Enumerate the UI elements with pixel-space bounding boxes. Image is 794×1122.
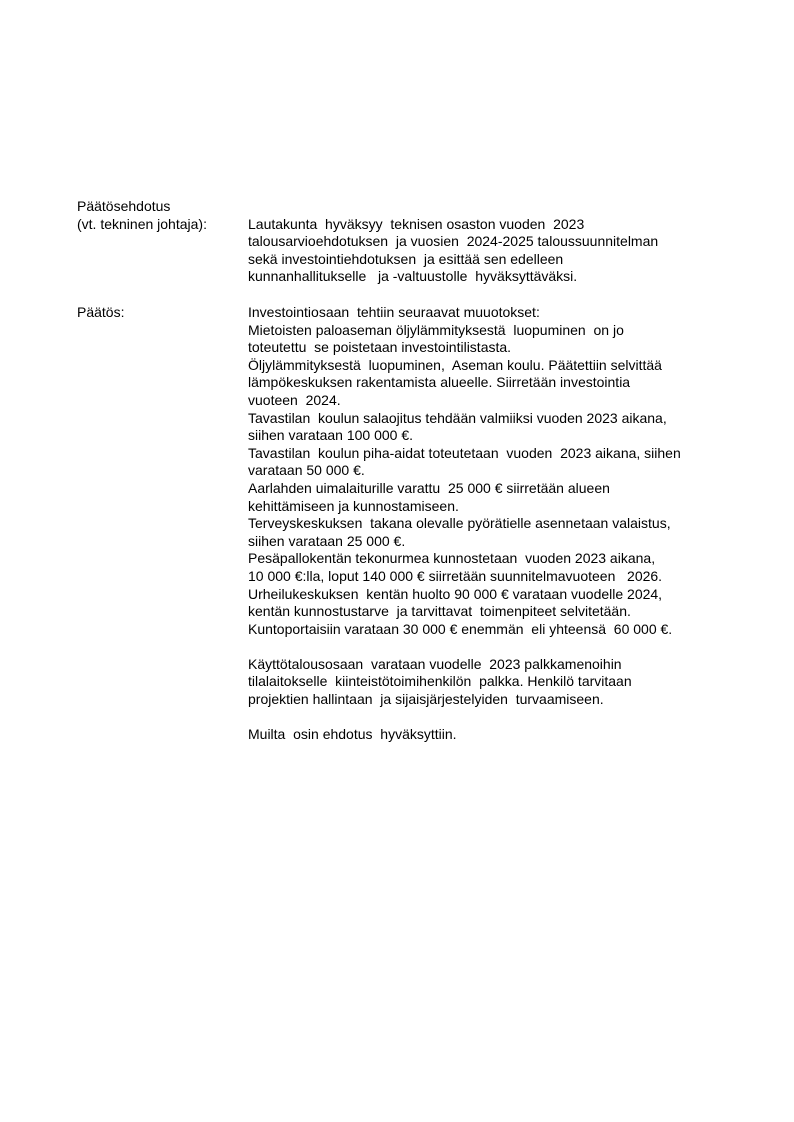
decision-paragraph-closing: Muilta osin ehdotus hyväksyttiin. xyxy=(248,726,757,744)
decision-line: Tavastilan koulun salaojitus tehdään val… xyxy=(248,410,757,428)
decision-line: Urheilukeskuksen kentän huolto 90 000 € … xyxy=(248,586,757,604)
proposal-line: kunnanhallitukselle ja -valtuustolle hyv… xyxy=(248,268,757,286)
proposal-label: (vt. tekninen johtaja): xyxy=(77,216,248,286)
decision-line: Aarlahden uimalaiturille varattu 25 000 … xyxy=(248,480,757,498)
decision-row: Päätös: Investointiosaan tehtiin seuraav… xyxy=(77,304,757,744)
decision-line: Kuntoportaisiin varataan 30 000 € enemmä… xyxy=(248,621,757,639)
decision-line: Käyttötalousosaan varataan vuodelle 2023… xyxy=(248,656,757,674)
proposal-row: (vt. tekninen johtaja): Lautakunta hyväk… xyxy=(77,216,757,286)
decision-line: Terveyskeskuksen takana olevalle pyöräti… xyxy=(248,515,757,533)
decision-line: Öljylämmityksestä luopuminen, Aseman kou… xyxy=(248,357,757,375)
proposal-section: Päätösehdotus (vt. tekninen johtaja): La… xyxy=(77,198,757,286)
decision-line: Investointiosaan tehtiin seuraavat muuot… xyxy=(248,304,757,322)
decision-line: siihen varataan 100 000 €. xyxy=(248,427,757,445)
decision-line: Muilta osin ehdotus hyväksyttiin. xyxy=(248,726,757,744)
decision-label: Päätös: xyxy=(77,304,248,744)
decision-paragraph-investments: Investointiosaan tehtiin seuraavat muuot… xyxy=(248,304,757,638)
decision-line: kehittämiseen ja kunnostamiseen. xyxy=(248,498,757,516)
proposal-line: sekä investointiehdotuksen ja esittää se… xyxy=(248,251,757,269)
paragraph-spacer xyxy=(248,638,757,656)
proposal-heading-row: Päätösehdotus xyxy=(77,198,757,216)
decision-line: kentän kunnostustarve ja tarvittavat toi… xyxy=(248,603,757,621)
decision-line: Tavastilan koulun piha-aidat toteutetaan… xyxy=(248,445,757,463)
decision-line: 10 000 €:lla, loput 140 000 € siirretään… xyxy=(248,568,757,586)
decision-line: toteutettu se poistetaan investointilist… xyxy=(248,339,757,357)
decision-line: Mietoisten paloaseman öljylämmityksestä … xyxy=(248,322,757,340)
decision-line: lämpökeskuksen rakentamista alueelle. Si… xyxy=(248,374,757,392)
decision-line: tilalaitokselle kiinteistötoimihenkilön … xyxy=(248,673,757,691)
proposal-line: talousarvioehdotuksen ja vuosien 2024-20… xyxy=(248,233,757,251)
decision-paragraph-operating: Käyttötalousosaan varataan vuodelle 2023… xyxy=(248,656,757,709)
document-page: Päätösehdotus (vt. tekninen johtaja): La… xyxy=(0,0,794,1122)
decision-section: Päätös: Investointiosaan tehtiin seuraav… xyxy=(77,304,757,744)
proposal-text: Lautakunta hyväksyy teknisen osaston vuo… xyxy=(248,216,757,286)
proposal-line: Lautakunta hyväksyy teknisen osaston vuo… xyxy=(248,216,757,234)
decision-text: Investointiosaan tehtiin seuraavat muuot… xyxy=(248,304,757,744)
decision-line: projektien hallintaan ja sijaisjärjestel… xyxy=(248,691,757,709)
decision-line: vuoteen 2024. xyxy=(248,392,757,410)
decision-line: varataan 50 000 €. xyxy=(248,462,757,480)
decision-line: Pesäpallokentän tekonurmea kunnostetaan … xyxy=(248,550,757,568)
paragraph-spacer xyxy=(248,709,757,727)
proposal-heading: Päätösehdotus xyxy=(77,198,248,216)
decision-line: siihen varataan 25 000 €. xyxy=(248,533,757,551)
